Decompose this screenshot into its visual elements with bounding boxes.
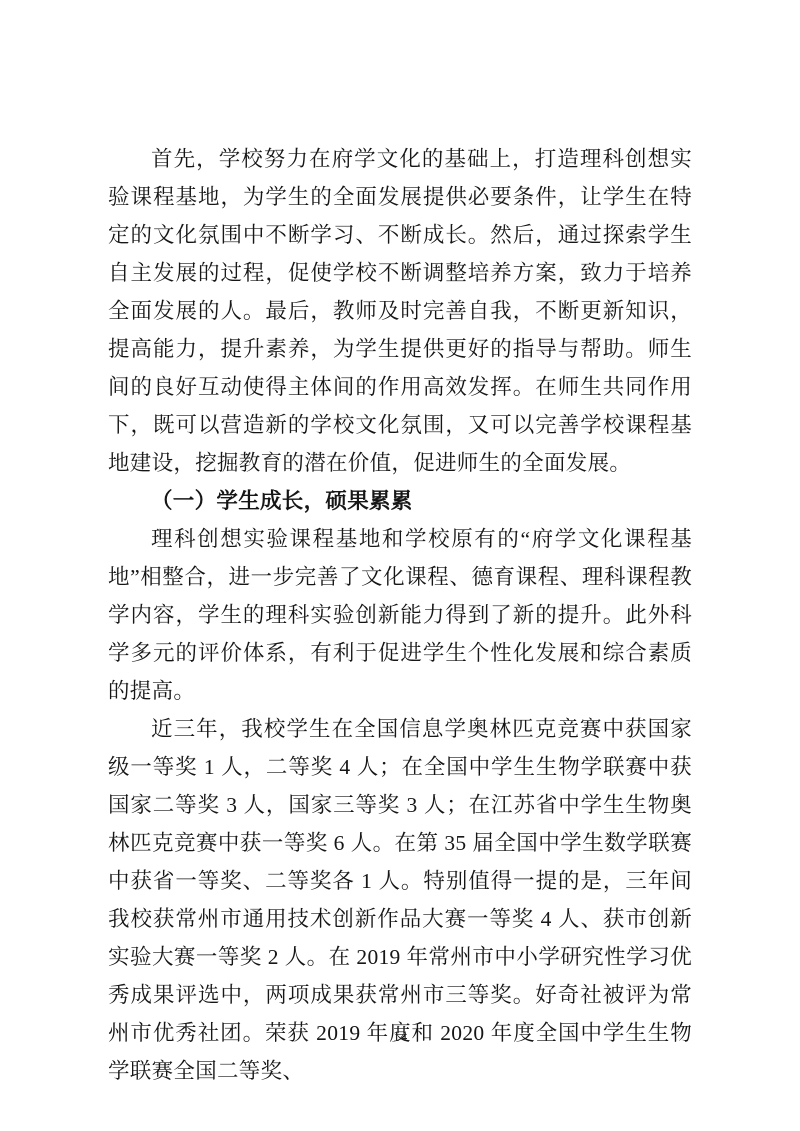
paragraph-curriculum: 理科创想实验课程基地和学校原有的“府学文化课程基地”相整合，进一步完善了文化课程… bbox=[108, 520, 692, 710]
document-content: 首先，学校努力在府学文化的基础上，打造理科创想实验课程基地，为学生的全面发展提供… bbox=[108, 140, 692, 1090]
page-number: 14 bbox=[393, 1029, 408, 1045]
page-footer: 14 bbox=[0, 1028, 800, 1046]
document-page: 首先，学校努力在府学文化的基础上，打造理科创想实验课程基地，为学生的全面发展提供… bbox=[0, 0, 800, 1131]
paragraph-intro: 首先，学校努力在府学文化的基础上，打造理科创想实验课程基地，为学生的全面发展提供… bbox=[108, 140, 692, 482]
section-heading: （一）学生成长，硕果累累 bbox=[108, 482, 692, 520]
